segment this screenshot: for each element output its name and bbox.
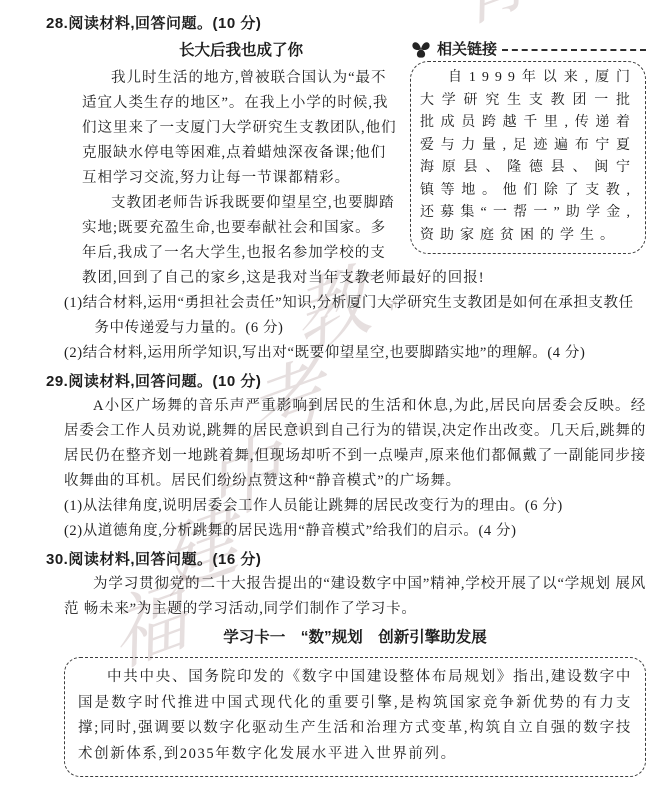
- question-28-sub-2: (2)结合材料,运用所学知识,写出对“既要仰望星空,也要脚踏实地”的理解。(4 …: [64, 341, 646, 366]
- question-30-material: 为学习贯彻党的二十大报告提出的“建设数字中国”精神,学校开展了以“学规划 展风范…: [64, 572, 646, 622]
- related-link-callout: 相关链接 自1999年以来,厦门大学研究生支教团一批批成员跨越千里,传递着爱与力…: [410, 37, 646, 254]
- question-28-sub-1: (1)结合材料,运用“勇担社会责任”知识,分析厦门大学研究生支教团是如何在承担支…: [64, 291, 646, 341]
- study-card-body: 中共中央、国务院印发的《数字中国建设整体布局规划》指出,建设数字中国是数字时代推…: [78, 665, 632, 767]
- question-28-header: 28.阅读材料,回答问题。(10 分): [46, 11, 646, 36]
- question-30-section: 30.阅读材料,回答问题。(16 分) 为学习贯彻党的二十大报告提出的“建设数字…: [46, 547, 646, 777]
- question-29-sub-2: (2)从道德角度,分析跳舞的居民选用“静音模式”给我们的启示。(4 分): [64, 519, 646, 544]
- study-card-box: 中共中央、国务院印发的《数字中国建设整体布局规划》指出,建设数字中国是数字时代推…: [64, 657, 646, 777]
- related-link-title: 相关链接: [437, 37, 497, 62]
- question-29-sub-1: (1)从法律角度,说明居委会工作人员能让跳舞的居民改变行为的理由。(6 分): [64, 494, 646, 519]
- question-28-material: 相关链接 自1999年以来,厦门大学研究生支教团一批批成员跨越千里,传递着爱与力…: [82, 37, 646, 291]
- related-link-box: 自1999年以来,厦门大学研究生支教团一批批成员跨越千里,传递着爱与力量,足迹遍…: [410, 61, 646, 254]
- essay-title: 长大后我也成了你: [82, 37, 454, 64]
- question-29-header: 29.阅读材料,回答问题。(10 分): [46, 369, 646, 394]
- study-card-title: 学习卡一 “数”规划 创新引擎助发展: [64, 624, 646, 652]
- question-29-section: 29.阅读材料,回答问题。(10 分) A小区广场舞的音乐声严重影响到居民的生活…: [46, 369, 646, 544]
- question-28-section: 28.阅读材料,回答问题。(10 分): [46, 11, 646, 366]
- question-29-material: A小区广场舞的音乐声严重影响到居民的生活和休息,为此,居民向居委会反映。经居委会…: [64, 394, 646, 494]
- exam-page: 育 教 考 中 建 福 » 28.阅读材料,回答问题。(10 分): [0, 0, 664, 800]
- related-link-header: 相关链接: [410, 37, 646, 61]
- question-30-header: 30.阅读材料,回答问题。(16 分): [46, 547, 646, 572]
- flower-icon: [410, 38, 432, 60]
- watermark-char: 育: [455, 0, 534, 10]
- dash-line-decoration: [502, 49, 646, 51]
